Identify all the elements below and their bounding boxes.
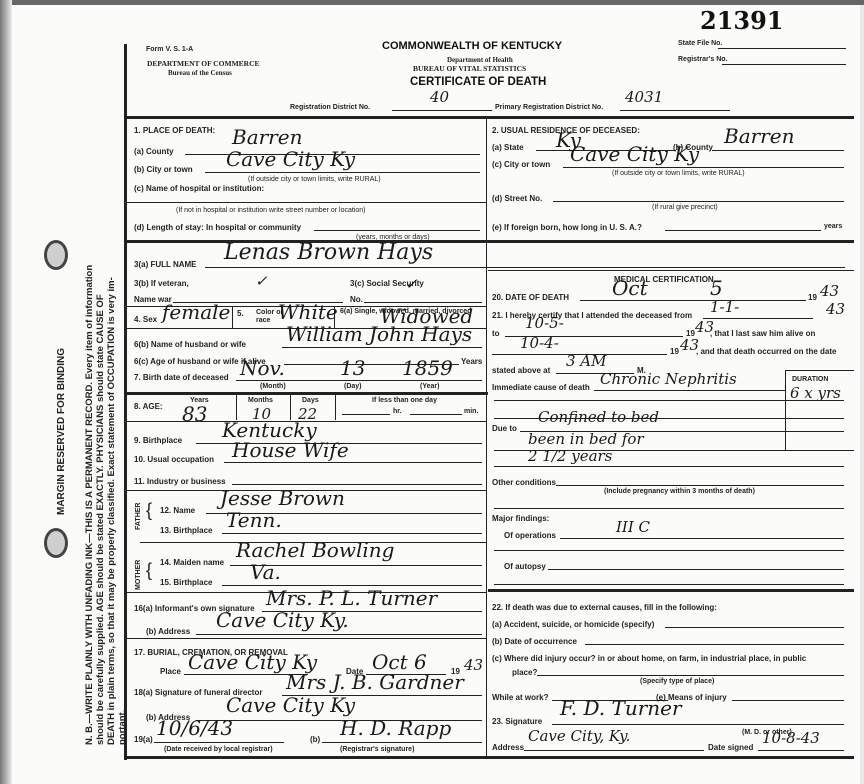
res-county-value: Barren	[724, 124, 794, 148]
birth-month-value: Nov.	[240, 356, 285, 380]
title-state: COMMONWEALTH OF KENTUCKY	[382, 40, 562, 52]
hr-label: hr.	[393, 408, 402, 415]
pod-county-label: (a) County	[134, 147, 174, 156]
title-dept: Department of Health	[447, 56, 513, 64]
frame-bottom-left	[124, 756, 488, 759]
occupation-line	[224, 462, 482, 463]
cert-address-line	[524, 750, 704, 751]
pod-hospital-line	[126, 202, 486, 203]
pod-city-note: (If outside city or town limits, write R…	[248, 176, 381, 183]
to-label: to	[492, 329, 500, 338]
pod-stay-label: (d) Length of stay: In hospital or commu…	[134, 223, 301, 232]
mother-birthplace-value: Va.	[250, 560, 281, 584]
spouse-age-unit: Years	[461, 357, 482, 366]
primary-district-label: Primary Registration District No.	[495, 104, 603, 111]
ss-line	[364, 302, 482, 303]
place-label: place?	[512, 668, 537, 677]
birthplace-label: 9. Birthplace	[134, 436, 182, 445]
section-divider-22	[488, 589, 854, 592]
margin-instruction-3: DEATH in plain terms, so that it may be …	[106, 277, 117, 745]
res-state-label: (a) State	[492, 143, 524, 152]
color-value: White	[278, 300, 338, 324]
informant-address-value: Cave City Ky.	[216, 608, 349, 632]
full-name-value: Lenas Brown Hays	[224, 240, 433, 265]
attended-from-year: 43	[826, 300, 845, 318]
place-line	[537, 675, 844, 676]
binding-hole-icon	[44, 240, 68, 270]
registrar-caption: (Registrar's signature)	[340, 746, 414, 753]
age-divider-3	[335, 394, 336, 420]
registrars-label: Registrar's No.	[678, 56, 728, 63]
margin-instruction-2: should be carefully supplied. AGE should…	[95, 294, 106, 745]
burial-year-value: 43	[464, 656, 483, 674]
due-to-label: Due to	[492, 424, 517, 433]
registrar-line	[322, 742, 482, 743]
funeral-director-value: Mrs J. B. Gardner	[286, 670, 464, 694]
age-label: 8. AGE:	[134, 402, 163, 411]
age-divider-1	[236, 394, 237, 420]
ss-no-label: No.	[350, 295, 363, 304]
title-bureau: BUREAU OF VITAL STATISTICS	[413, 64, 526, 73]
mother-name-label: 14. Maiden name	[160, 558, 224, 567]
father-birthplace-label: 13. Birthplace	[160, 526, 212, 535]
duration-label: DURATION	[792, 376, 828, 383]
pod-city-value: Cave City Ky	[226, 147, 355, 171]
primary-district-value: 4031	[625, 88, 663, 106]
stamp-number: 21391	[700, 6, 784, 35]
autopsy-line	[548, 569, 844, 570]
sex-label: 4. Sex	[134, 315, 157, 324]
place-of-death-heading: 1. PLACE OF DEATH:	[134, 126, 215, 135]
director-address-value: Cave City Ky	[226, 693, 355, 717]
operations-line-2	[494, 550, 844, 551]
department-label: DEPARTMENT OF COMMERCE	[147, 59, 260, 68]
accident-line	[665, 627, 844, 628]
other-conditions-line	[556, 485, 844, 486]
received-caption: (Date received by local registrar)	[164, 746, 273, 753]
ss-value: ✓	[405, 275, 418, 293]
death-date-label: 20. DATE OF DEATH	[492, 293, 569, 302]
registrar-value: H. D. Rapp	[340, 716, 451, 740]
full-name-line	[205, 267, 845, 268]
form-id: Form V. S. 1-A	[146, 46, 193, 53]
occupation-label: 10. Usual occupation	[134, 455, 214, 464]
immediate-cause-value: Chronic Nephritis	[600, 370, 737, 388]
industry-line	[232, 484, 482, 485]
binding-hole-icon	[44, 528, 68, 558]
res-city-value: Cave City Ky	[570, 142, 699, 166]
burial-place-label: Place	[160, 667, 181, 676]
row-divider-17	[126, 638, 486, 639]
time-value: 3 AM	[566, 352, 607, 370]
date-signed-label: Date signed	[708, 743, 753, 752]
date-signed-line	[758, 750, 844, 751]
birth-year-value: 1859	[402, 356, 453, 380]
where-label: (c) Where did injury occur? in or about …	[492, 654, 806, 663]
father-birthplace-line	[222, 533, 482, 534]
min-label: min.	[464, 408, 478, 415]
color-label-num: 5.	[237, 309, 244, 318]
pod-hospital-label: (c) Name of hospital or institution:	[134, 184, 264, 193]
last-seen-year-prefix: 19	[670, 347, 679, 356]
age-divider-2	[290, 394, 291, 420]
reg-district-value: 40	[430, 88, 449, 106]
res-county-line	[712, 150, 844, 151]
attended-from-value: 1-1-	[710, 298, 739, 316]
industry-label: 11. Industry or business	[134, 477, 226, 486]
pod-county-value: Barren	[232, 125, 302, 149]
cause-line-2	[494, 400, 844, 401]
bureau-label: Bureau of the Census	[168, 69, 232, 77]
due-value-1: Confined to bed	[538, 408, 659, 426]
sex-color-divider	[232, 306, 233, 328]
state-file-line	[718, 48, 846, 49]
registrars-line	[722, 64, 846, 65]
column-divider	[486, 118, 487, 758]
autopsy-label: Of autopsy	[504, 562, 546, 571]
res-foreign-unit: years	[824, 223, 842, 230]
sex-value: female	[162, 300, 230, 324]
reg-district-label: Registration District No.	[290, 104, 370, 111]
res-street-line	[553, 201, 844, 202]
death-date-line	[580, 300, 806, 301]
page-title: CERTIFICATE OF DEATH	[410, 76, 546, 88]
means-line	[732, 700, 844, 701]
year-caption: (Year)	[420, 383, 439, 390]
death-year-prefix: 19	[808, 293, 817, 302]
signature-label: 23. Signature	[492, 717, 542, 726]
accident-label: (a) Accident, suicide, or homicide (spec…	[492, 620, 654, 629]
work-label: While at work?	[492, 693, 548, 702]
operations-value: III C	[616, 518, 650, 536]
margin-instruction-1: N. B.—WRITE PLAINLY WITH UNFADING INK—TH…	[84, 265, 95, 745]
signature-line	[552, 724, 844, 725]
frame-top	[124, 116, 854, 119]
war-value: ✓	[255, 272, 268, 290]
immediate-cause-line	[594, 390, 785, 391]
frame-bottom-right	[488, 756, 854, 759]
other-conditions-label: Other conditions	[492, 478, 556, 487]
res-street-label: (d) Street No.	[492, 194, 542, 203]
pod-city-label: (b) City or town	[134, 165, 193, 174]
operations-line	[560, 538, 844, 539]
due-value-2: been in bed for	[528, 430, 644, 448]
father-name-value: Jesse Brown	[220, 486, 345, 510]
attended-to-value: 10-5-	[525, 314, 564, 332]
operations-label: Of operations	[504, 531, 556, 540]
res-city-note: (If outside city or town limits, write R…	[612, 170, 745, 177]
father-brace: {	[146, 500, 152, 521]
scan-binding-edge	[0, 0, 12, 784]
age-days-caption: Days	[302, 397, 319, 404]
received-label: 19(a)	[134, 735, 153, 744]
attended-from-line	[703, 318, 813, 319]
pod-city-line	[205, 172, 480, 173]
occurred-text: , and that death occurred on the date	[696, 347, 836, 356]
pod-stay-line	[314, 230, 480, 231]
age-years-value: 83	[182, 402, 207, 426]
state-file-label: State File No.	[678, 40, 722, 47]
cert-address-value: Cave City, Ky.	[528, 727, 630, 745]
due-line-3	[494, 466, 844, 467]
birth-date-label: 7. Birth date of deceased	[134, 373, 229, 382]
autopsy-line-2	[494, 584, 844, 585]
day-caption: (Day)	[344, 383, 362, 390]
spouse-label: 6(b) Name of husband or wife	[134, 340, 246, 349]
res-city-label: (c) City or town	[492, 160, 550, 169]
cert-address-label: Address	[492, 743, 524, 752]
received-line	[154, 742, 284, 743]
other-line-2	[494, 508, 844, 509]
informant-address-label: (b) Address	[146, 627, 190, 636]
received-value: 10/6/43	[156, 716, 233, 740]
margin-binding-note: MARGIN RESERVED FOR BINDING	[56, 348, 67, 515]
primary-district-line	[620, 110, 730, 111]
full-name-label: 3(a) FULL NAME	[134, 260, 197, 269]
res-foreign-label: (e) If foreign born, how long in U. S. A…	[492, 223, 642, 232]
father-birthplace-value: Tenn.	[226, 508, 282, 532]
medical-top-line	[488, 270, 854, 271]
certify-label: 21. I hereby certify that I attended the…	[492, 311, 692, 320]
birth-date-line	[236, 380, 482, 381]
min-line	[410, 414, 462, 415]
duration-box-top	[785, 370, 854, 371]
row-divider-8	[124, 392, 488, 395]
occurrence-line	[585, 644, 844, 645]
hr-line	[342, 414, 390, 415]
external-heading: 22. If death was due to external causes,…	[492, 603, 717, 612]
pod-hospital-note: (If not in hospital or institution write…	[176, 207, 365, 214]
mother-brace: {	[146, 560, 152, 581]
less-day-label: If less than one day	[372, 397, 437, 404]
spouse-line	[282, 347, 482, 348]
death-date-month: Oct	[612, 276, 648, 300]
father-side-label: FATHER	[135, 503, 142, 530]
last-saw-text: , that I last saw him alive on	[710, 329, 815, 338]
month-caption: (Month)	[260, 383, 286, 390]
stated-label: stated above at	[492, 366, 550, 375]
duration-box-left	[785, 370, 786, 450]
occurrence-label: (b) Date of occurrence	[492, 637, 577, 646]
informant-signature-value: Mrs. P. L. Turner	[266, 586, 437, 610]
mother-side-label: MOTHER	[135, 560, 142, 590]
major-findings-label: Major findings:	[492, 514, 549, 523]
frame-left	[124, 44, 127, 760]
date-signed-value: 10-8-43	[762, 729, 820, 747]
spouse-value: William John Hays	[286, 322, 472, 346]
res-city-line	[563, 167, 844, 168]
death-date-day: 5	[710, 276, 723, 300]
last-seen-value: 10-4-	[520, 334, 559, 352]
scan-top-edge	[0, 0, 864, 5]
age-months-caption: Months	[248, 397, 273, 404]
father-name-label: 12. Name	[160, 506, 195, 515]
mother-birthplace-label: 15. Birthplace	[160, 578, 212, 587]
res-street-note: (If rural give precinct)	[652, 204, 718, 211]
immediate-cause-label: Immediate cause of death	[492, 383, 590, 392]
occupation-value: House Wife	[232, 438, 349, 462]
veteran-label: 3(b) If veteran,	[134, 279, 189, 288]
death-year-value: 43	[820, 282, 839, 300]
mother-name-value: Rachel Bowling	[236, 538, 394, 562]
registrar-label: (b)	[310, 735, 320, 744]
signature-value: F. D. Turner	[560, 696, 682, 720]
due-value-3: 2 1/2 years	[528, 447, 612, 465]
res-foreign-line	[665, 230, 821, 231]
reg-district-line	[392, 110, 492, 111]
place-note: (Specify type of place)	[640, 678, 714, 685]
other-conditions-note: (Include pregnancy within 3 months of de…	[604, 488, 755, 495]
birth-day-value: 13	[340, 356, 365, 380]
informant-address-line	[196, 634, 482, 635]
